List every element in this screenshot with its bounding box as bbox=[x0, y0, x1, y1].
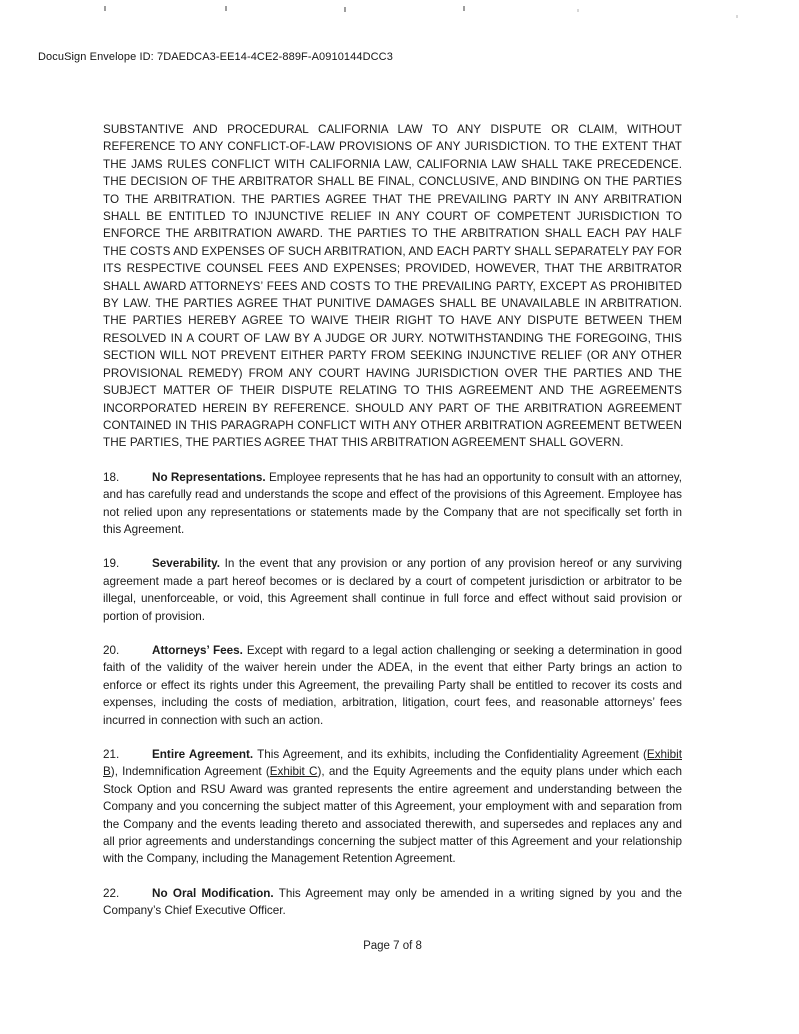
section-title: Entire Agreement. bbox=[152, 748, 253, 761]
section-text: This Agreement, and its exhibits, includ… bbox=[257, 748, 647, 761]
section-19-severability: 19.Severability. In the event that any p… bbox=[103, 555, 682, 625]
scan-artifact bbox=[463, 6, 465, 11]
section-number: 19. bbox=[103, 555, 152, 572]
section-20-attorneys-fees: 20.Attorneys’ Fees. Except with regard t… bbox=[103, 642, 682, 729]
section-title: Attorneys’ Fees. bbox=[152, 644, 243, 657]
section-text: ), and the Equity Agreements and the equ… bbox=[103, 765, 682, 865]
scan-artifact bbox=[577, 9, 579, 12]
section-18-no-representations: 18.No Representations. Employee represen… bbox=[103, 469, 682, 539]
docusign-envelope-id: DocuSign Envelope ID: 7DAEDCA3-EE14-4CE2… bbox=[38, 51, 393, 63]
arbitration-continuation-paragraph: SUBSTANTIVE AND PROCEDURAL CALIFORNIA LA… bbox=[103, 121, 682, 452]
scan-artifact bbox=[104, 6, 106, 11]
section-number: 18. bbox=[103, 469, 152, 486]
section-number: 20. bbox=[103, 642, 152, 659]
section-21-entire-agreement: 21.Entire Agreement. This Agreement, and… bbox=[103, 746, 682, 868]
section-number: 21. bbox=[103, 746, 152, 763]
section-title: No Oral Modification. bbox=[152, 887, 274, 900]
scan-artifact bbox=[225, 6, 227, 11]
document-body: SUBSTANTIVE AND PROCEDURAL CALIFORNIA LA… bbox=[103, 121, 682, 937]
section-title: No Representations. bbox=[152, 471, 266, 484]
document-page: DocuSign Envelope ID: 7DAEDCA3-EE14-4CE2… bbox=[0, 0, 799, 1034]
section-number: 22. bbox=[103, 885, 152, 902]
section-title: Severability. bbox=[152, 557, 220, 570]
section-text: ), Indemnification Agreement ( bbox=[111, 765, 270, 778]
exhibit-c-reference: Exhibit C bbox=[270, 765, 318, 778]
page-number: Page 7 of 8 bbox=[103, 940, 682, 952]
section-22-no-oral-modification: 22.No Oral Modification. This Agreement … bbox=[103, 885, 682, 920]
scan-artifact bbox=[344, 7, 346, 12]
scan-artifact bbox=[736, 15, 738, 18]
